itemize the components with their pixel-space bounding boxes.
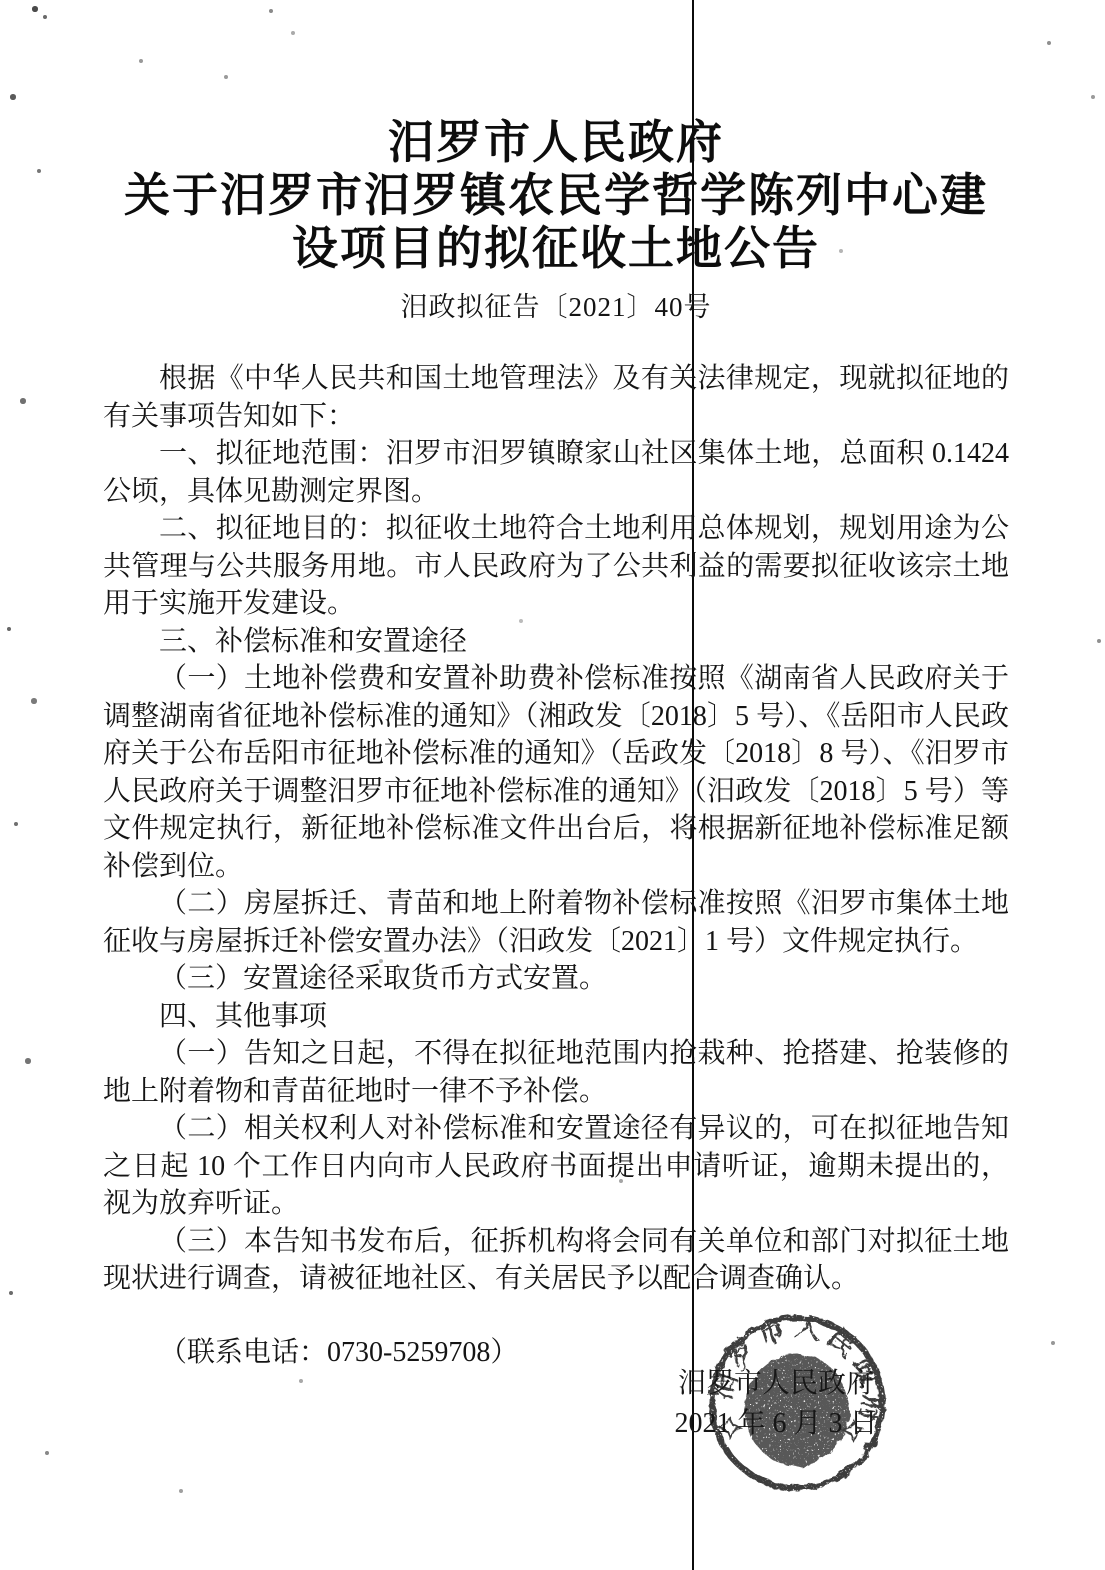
document-content: 汨罗市人民政府 关于汨罗市汨罗镇农民学哲学陈列中心建 设项目的拟征收土地公告 汨… — [103, 116, 1009, 1371]
scanned-notice-page: 汨罗市人民政府 关于汨罗市汨罗镇农民学哲学陈列中心建 设项目的拟征收土地公告 汨… — [0, 0, 1105, 1570]
body-paragraph: （一）土地补偿费和安置补助费补偿标准按照《湖南省人民政府关于调整湖南省征地补偿标… — [103, 660, 1009, 885]
signature-issuer: 汨罗市人民政府 — [658, 1364, 894, 1404]
body-paragraph: 一、拟征地范围：汨罗市汨罗镇瞭家山社区集体土地，总面积 0.1424 公顷，具体… — [103, 435, 1009, 510]
body-paragraph: （三）安置途径采取货币方式安置。 — [103, 960, 1009, 998]
body-paragraph: 四、其他事项 — [103, 998, 1009, 1036]
body-paragraph: （一）告知之日起，不得在拟征地范围内抢栽种、抢搭建、抢装修的地上附着物和青苗征地… — [103, 1035, 1009, 1110]
body-paragraph: （二）相关权利人对补偿标准和安置途径有异议的，可在拟征地告知之日起 10 个工作… — [103, 1110, 1009, 1223]
body-paragraph: 二、拟征地目的：拟征收土地符合土地利用总体规划，规划用途为公共管理与公共服务用地… — [103, 510, 1009, 623]
scan-noise-specks — [0, 0, 2, 2]
body-paragraph: 根据《中华人民共和国土地管理法》及有关法律规定，现就拟征地的有关事项告知如下： — [103, 360, 1009, 435]
title-line-issuer: 汨罗市人民政府 — [103, 116, 1009, 169]
document-number: 汨政拟征告〔2021〕40号 — [103, 285, 1009, 324]
document-body: 根据《中华人民共和国土地管理法》及有关法律规定，现就拟征地的有关事项告知如下：一… — [103, 360, 1009, 1298]
page-title: 汨罗市人民政府 关于汨罗市汨罗镇农民学哲学陈列中心建 设项目的拟征收土地公告 — [103, 116, 1009, 275]
signature-date: 2021 年 6 月 3 日 — [658, 1404, 894, 1444]
body-paragraph: 三、补偿标准和安置途径 — [103, 623, 1009, 661]
signature-block: 汨罗市人民政府 2021 年 6 月 3 日 — [658, 1364, 894, 1444]
title-line-subject-2: 设项目的拟征收土地公告 — [103, 222, 1009, 275]
body-paragraph: （二）房屋拆迁、青苗和地上附着物补偿标准按照《汨罗市集体土地征收与房屋拆迁补偿安… — [103, 885, 1009, 960]
title-line-subject-1: 关于汨罗市汨罗镇农民学哲学陈列中心建 — [103, 169, 1009, 222]
body-paragraph: （三）本告知书发布后，征拆机构将会同有关单位和部门对拟征土地现状进行调查，请被征… — [103, 1223, 1009, 1298]
